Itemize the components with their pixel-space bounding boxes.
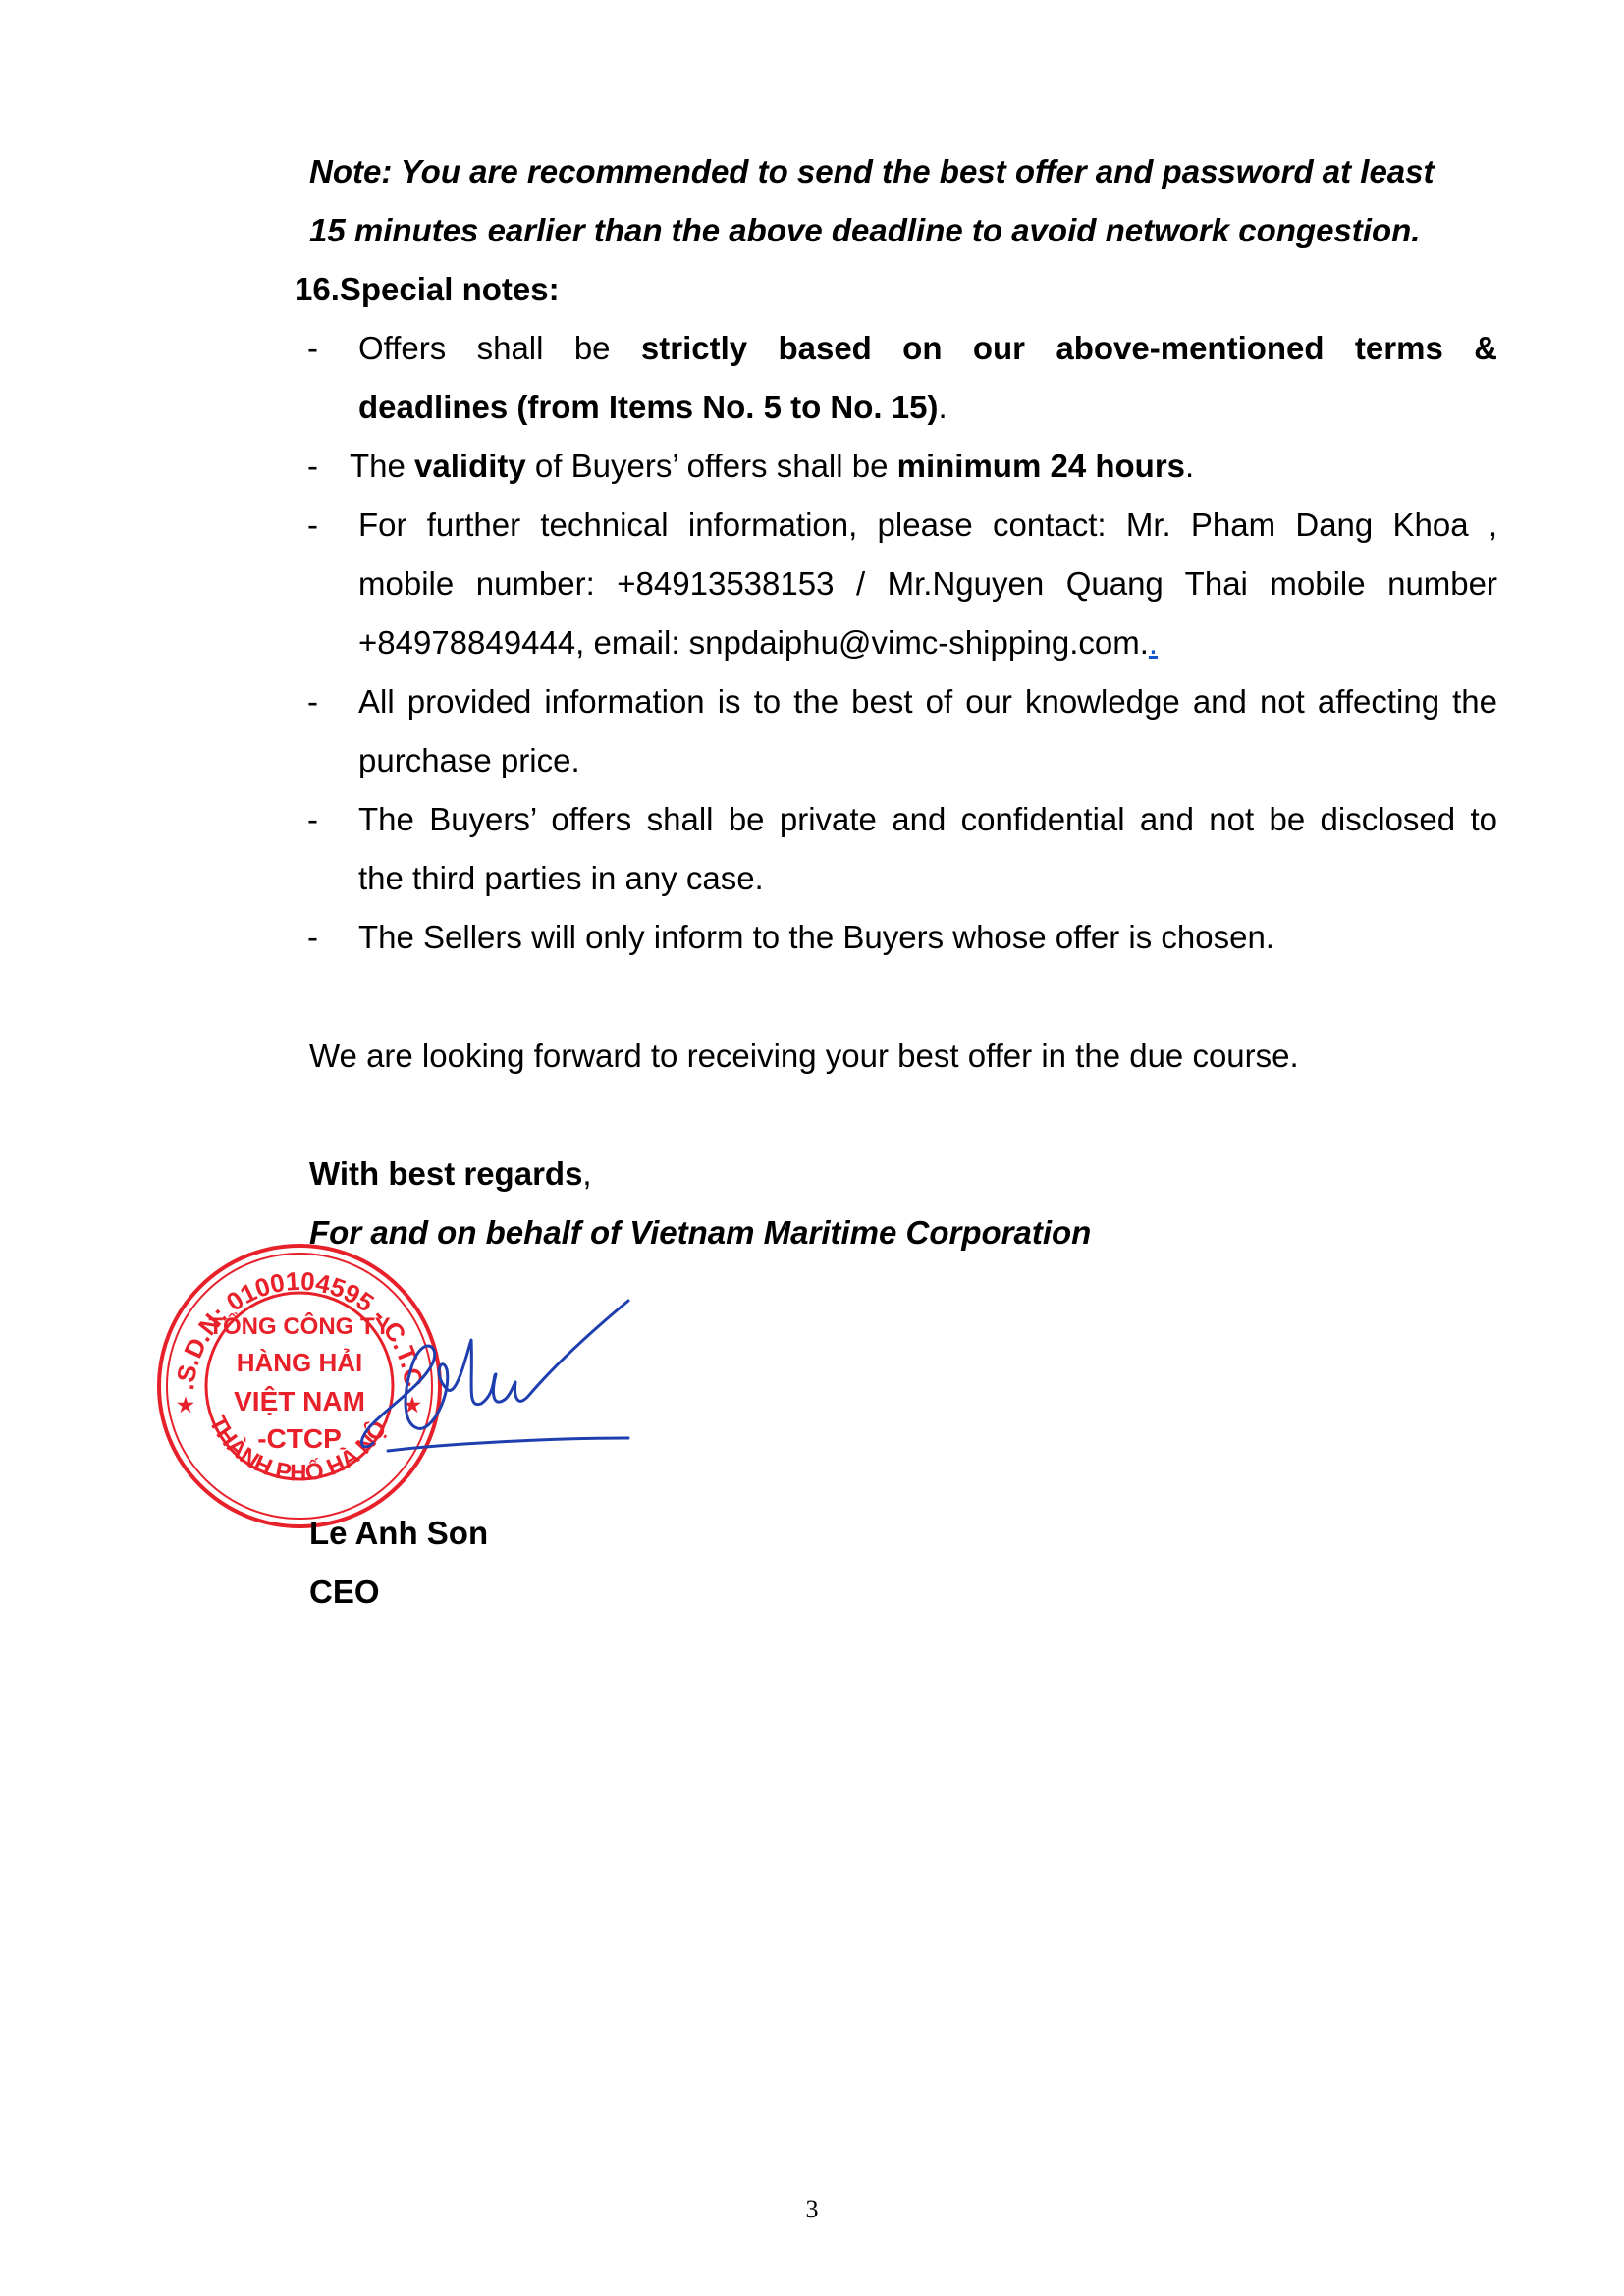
page-number: 3 xyxy=(0,2195,1624,2224)
stamp-line-4: -CTCP xyxy=(257,1423,342,1454)
bullet-marker: - xyxy=(307,329,318,368)
special-note-3-line-1: For further technical information, pleas… xyxy=(358,506,1497,545)
regards: With best regards, xyxy=(309,1154,592,1194)
closing-sentence: We are looking forward to receiving your… xyxy=(309,1037,1299,1076)
note-line-2: 15 minutes earlier than the above deadli… xyxy=(309,211,1420,250)
emphasis: strictly based on our above-mentioned te… xyxy=(641,330,1497,366)
emphasis: validity xyxy=(414,448,526,484)
text: . xyxy=(938,389,947,425)
bullet-marker: - xyxy=(307,800,318,839)
regards-text: With best regards xyxy=(309,1155,582,1192)
email-link[interactable]: . xyxy=(1149,624,1158,661)
bullet-marker: - xyxy=(307,918,318,957)
special-note-2: The validity of Buyers’ offers shall be … xyxy=(350,447,1194,486)
section-heading: 16.Special notes: xyxy=(295,270,560,309)
special-note-3-line-2: mobile number: +84913538153 / Mr.Nguyen … xyxy=(358,564,1497,604)
special-note-4-line-1: All provided information is to the best … xyxy=(358,682,1497,721)
bullet-marker: - xyxy=(307,447,318,486)
special-note-6: The Sellers will only inform to the Buye… xyxy=(358,918,1274,957)
special-note-4-line-2: purchase price. xyxy=(358,741,580,780)
contact-text: +84978849444, email: snpdaiphu@vimc-ship… xyxy=(358,624,1149,661)
special-note-3-line-3: +84978849444, email: snpdaiphu@vimc-ship… xyxy=(358,623,1158,663)
emphasis: minimum 24 hours xyxy=(897,448,1185,484)
text: Offers shall be xyxy=(358,330,641,366)
signature xyxy=(334,1296,648,1472)
bullet-marker: - xyxy=(307,506,318,545)
text: . xyxy=(1185,448,1194,484)
text: The xyxy=(350,448,414,484)
special-note-5-line-2: the third parties in any case. xyxy=(358,859,764,898)
text: of Buyers’ offers shall be xyxy=(526,448,897,484)
special-note-5-line-1: The Buyers’ offers shall be private and … xyxy=(358,800,1497,839)
star-icon: ★ xyxy=(177,1395,194,1416)
signatory-name: Le Anh Son xyxy=(309,1514,488,1553)
special-note-1-line-1: Offers shall be strictly based on our ab… xyxy=(358,329,1497,368)
special-note-1-line-2: deadlines (from Items No. 5 to No. 15). xyxy=(358,388,947,427)
bullet-marker: - xyxy=(307,682,318,721)
signatory-title: CEO xyxy=(309,1573,380,1612)
emphasis: deadlines (from Items No. 5 to No. 15) xyxy=(358,389,938,425)
regards-comma: , xyxy=(582,1155,591,1192)
note-line-1: Note: You are recommended to send the be… xyxy=(309,152,1497,191)
